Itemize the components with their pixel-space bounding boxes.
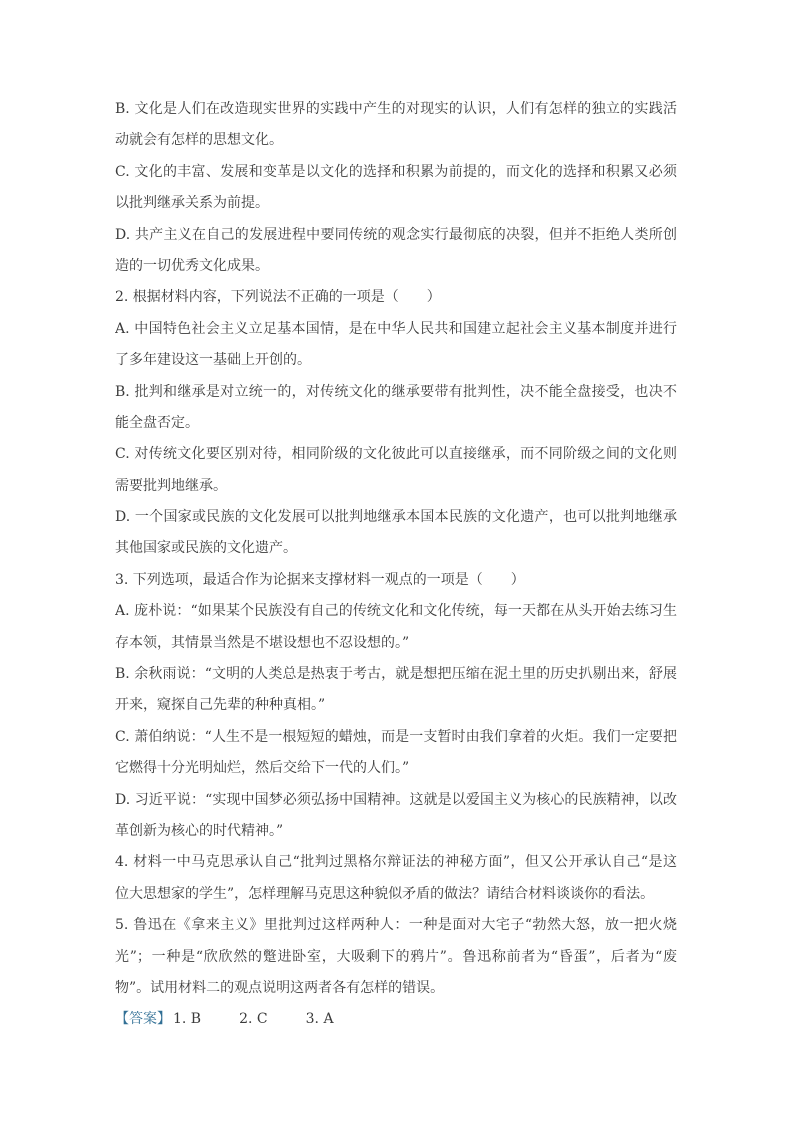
q2-option-a: A. 中国特色社会主义立足基本国情，是在中华人民共和国建立起社会主义基本制度并进… [115, 314, 677, 377]
text-line: 4. 材料一中马克思承认自己“批判过黑格尔辩证法的神秘方面”，但又公开承认自己“… [115, 847, 677, 878]
q3-option-a: A. 庞朴说：“如果某个民族没有自己的传统文化和文化传统，每一天都在从头开始去练… [115, 596, 677, 659]
q2-option-b: B. 批判和继承是对立统一的，对传统文化的继承要带有批判性，决不能全盘接受，也决… [115, 377, 677, 440]
text-line: 5. 鲁迅在《拿来主义》里批判过这样两种人：一种是面对大宅子“勃然大怒，放一把火… [115, 910, 677, 941]
text-line: 其他国家或民族的文化遗产。 [115, 533, 677, 564]
text-line: D. 共产主义在自己的发展进程中要同传统的观念实行最彻底的决裂，但并不拒绝人类所… [115, 220, 677, 251]
question-5: 5. 鲁迅在《拿来主义》里批判过这样两种人：一种是面对大宅子“勃然大怒，放一把火… [115, 910, 677, 1004]
text-line: C. 萧伯纳说：“人生不是一根短短的蜡烛，而是一支暂时由我们拿着的火炬。我们一定… [115, 722, 677, 753]
answer-item-3: 3. A [306, 1011, 334, 1027]
document-page: B. 文化是人们在改造现实世界的实践中产生的对现实的认识，人们有怎样的独立的实践… [0, 0, 793, 1122]
q2-option-c: C. 对传统文化要区别对待，相同阶级的文化彼此可以直接继承，而不同阶级之间的文化… [115, 439, 677, 502]
question-3-stem: 3. 下列选项，最适合作为论据来支撑材料一观点的一项是（ ） [115, 565, 677, 596]
q1-option-b: B. 文化是人们在改造现实世界的实践中产生的对现实的认识，人们有怎样的独立的实践… [115, 94, 677, 157]
text-line: 存本领，其情景当然是不堪设想也不忍设想的。” [115, 628, 677, 659]
text-line: 以批判继承关系为前提。 [115, 188, 677, 219]
text-line: B. 批判和继承是对立统一的，对传统文化的继承要带有批判性，决不能全盘接受，也决… [115, 377, 677, 408]
question-2-stem: 2. 根据材料内容，下列说法不正确的一项是（ ） [115, 282, 677, 313]
answer-item-1: 1. B [173, 1011, 201, 1027]
question-4: 4. 材料一中马克思承认自己“批判过黑格尔辩证法的神秘方面”，但又公开承认自己“… [115, 847, 677, 910]
text-line: 需要批判地继承。 [115, 471, 677, 502]
answer-label: 【答案】 [115, 1011, 171, 1027]
text-line: 能全盘否定。 [115, 408, 677, 439]
text-line: A. 庞朴说：“如果某个民族没有自己的传统文化和文化传统，每一天都在从头开始去练… [115, 596, 677, 627]
text-line: 2. 根据材料内容，下列说法不正确的一项是（ ） [115, 282, 677, 313]
answer-line: 【答案】1. B2. C3. A [115, 1004, 677, 1035]
text-line: 位大思想家的学生”，怎样理解马克思这种貌似矛盾的做法？请结合材料谈谈你的看法。 [115, 879, 677, 910]
text-line: 开来，窥探自己先辈的种种真相。” [115, 690, 677, 721]
text-line: C. 文化的丰富、发展和变革是以文化的选择和积累为前提的，而文化的选择和积累又必… [115, 157, 677, 188]
text-line: 了多年建设这一基础上开创的。 [115, 345, 677, 376]
q3-option-c: C. 萧伯纳说：“人生不是一根短短的蜡烛，而是一支暂时由我们拿着的火炬。我们一定… [115, 722, 677, 785]
text-line: 动就会有怎样的思想文化。 [115, 125, 677, 156]
text-line: D. 一个国家或民族的文化发展可以批判地继承本国本民族的文化遗产，也可以批判地继… [115, 502, 677, 533]
q2-option-d: D. 一个国家或民族的文化发展可以批判地继承本国本民族的文化遗产，也可以批判地继… [115, 502, 677, 565]
exam-content: B. 文化是人们在改造现实世界的实践中产生的对现实的认识，人们有怎样的独立的实践… [115, 94, 677, 1036]
text-line: B. 余秋雨说：“文明的人类总是热衷于考古，就是想把压缩在泥土里的历史扒剔出来，… [115, 659, 677, 690]
text-line: 物”。试用材料二的观点说明这两者各有怎样的错误。 [115, 973, 677, 1004]
text-line: 革创新为核心的时代精神。” [115, 816, 677, 847]
text-line: A. 中国特色社会主义立足基本国情，是在中华人民共和国建立起社会主义基本制度并进… [115, 314, 677, 345]
q1-option-c: C. 文化的丰富、发展和变革是以文化的选择和积累为前提的，而文化的选择和积累又必… [115, 157, 677, 220]
text-line: 3. 下列选项，最适合作为论据来支撑材料一观点的一项是（ ） [115, 565, 677, 596]
text-line: B. 文化是人们在改造现实世界的实践中产生的对现实的认识，人们有怎样的独立的实践… [115, 94, 677, 125]
q3-option-b: B. 余秋雨说：“文明的人类总是热衷于考古，就是想把压缩在泥土里的历史扒剔出来，… [115, 659, 677, 722]
q3-option-d: D. 习近平说：“实现中国梦必须弘扬中国精神。这就是以爱国主义为核心的民族精神，… [115, 785, 677, 848]
text-line: 它燃得十分光明灿烂，然后交给下一代的人们。” [115, 753, 677, 784]
text-line: 造的一切优秀文化成果。 [115, 251, 677, 282]
q1-option-d: D. 共产主义在自己的发展进程中要同传统的观念实行最彻底的决裂，但并不拒绝人类所… [115, 220, 677, 283]
text-line: C. 对传统文化要区别对待，相同阶级的文化彼此可以直接继承，而不同阶级之间的文化… [115, 439, 677, 470]
question-paragraphs: B. 文化是人们在改造现实世界的实践中产生的对现实的认识，人们有怎样的独立的实践… [115, 94, 677, 1004]
answer-item-2: 2. C [239, 1011, 268, 1027]
text-line: D. 习近平说：“实现中国梦必须弘扬中国精神。这就是以爱国主义为核心的民族精神，… [115, 785, 677, 816]
text-line: 光”；一种是“欣欣然的蹩进卧室，大吸剩下的鸦片”。鲁迅称前者为“昏蛋”，后者为“… [115, 942, 677, 973]
